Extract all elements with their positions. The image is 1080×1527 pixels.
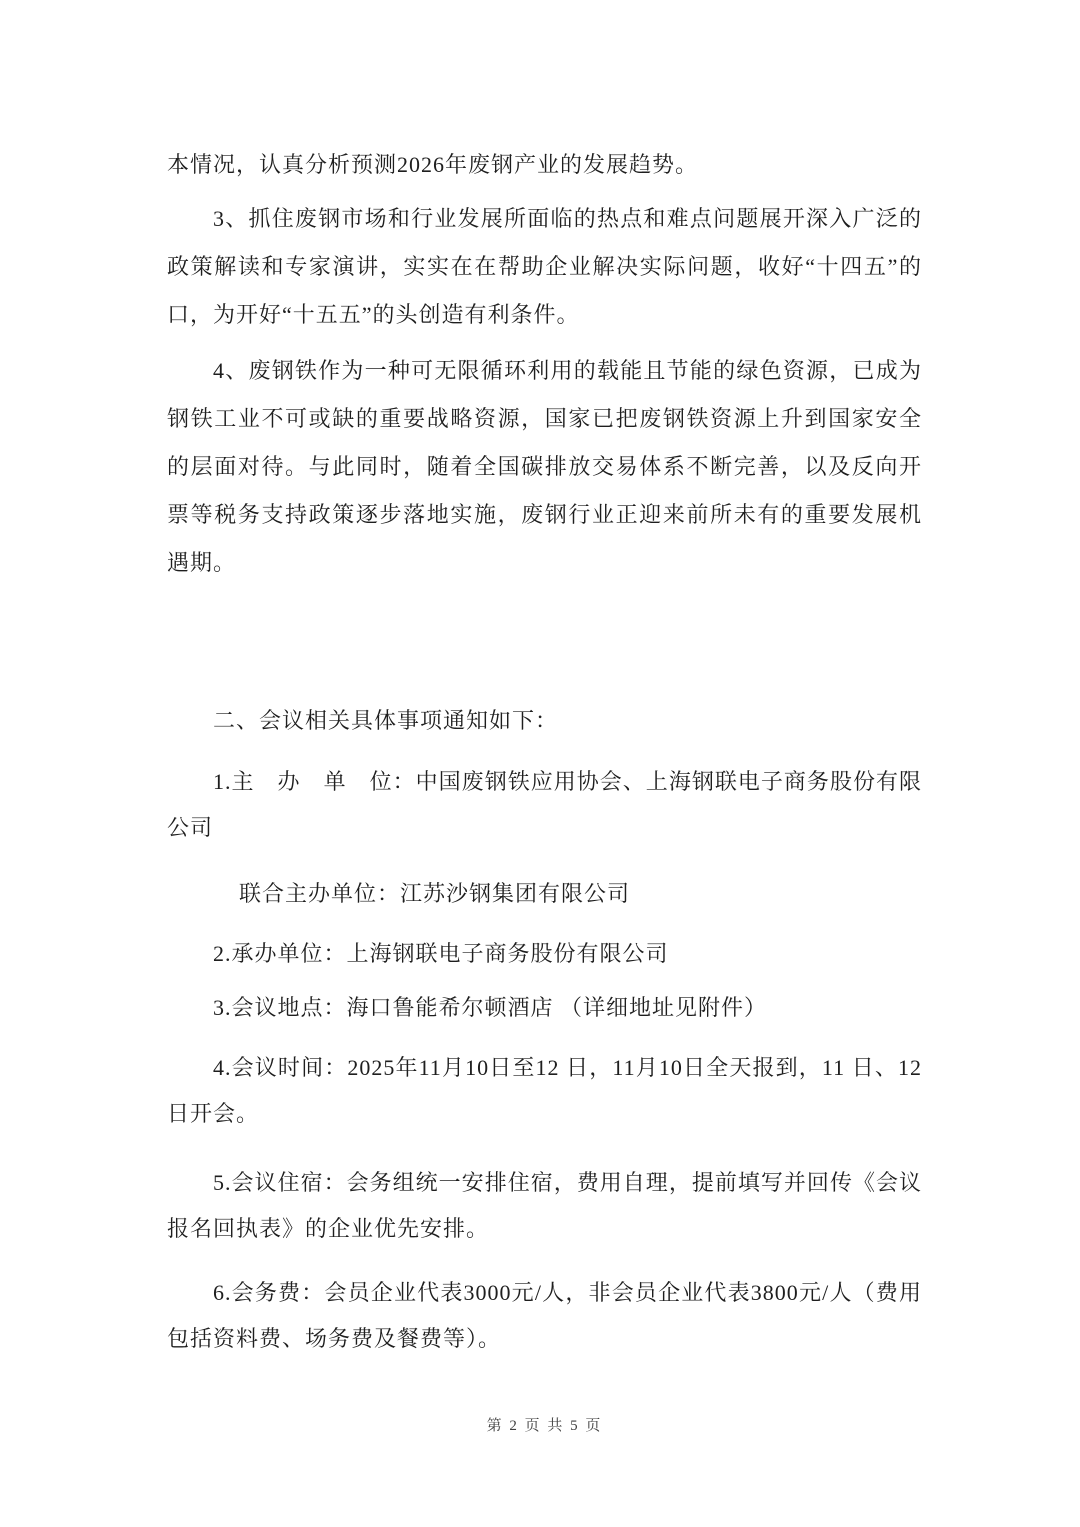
body-paragraph-3: 3、抓住废钢市场和行业发展所面临的热点和难点问题展开深入广泛的政策解读和专家演讲… — [167, 195, 922, 339]
notice-item-joint-organizer: 联合主办单位：江苏沙钢集团有限公司 — [167, 871, 922, 917]
notice-item-fee: 6.会务费：会员企业代表3000元/人，非会员企业代表3800元/人（费用包括资… — [167, 1270, 922, 1362]
document-page: 本情况，认真分析预测2026年废钢产业的发展趋势。 3、抓住废钢市场和行业发展所… — [0, 0, 1080, 1527]
body-paragraph-continuation: 本情况，认真分析预测2026年废钢产业的发展趋势。 — [167, 141, 922, 189]
page-footer: 第 2 页 共 5 页 — [167, 1411, 922, 1441]
notice-item-undertaker: 2.承办单位：上海钢联电子商务股份有限公司 — [167, 931, 922, 977]
notice-item-host-organizer: 1.主 办 单 位：中国废钢铁应用协会、上海钢联电子商务股份有限公司 — [167, 759, 922, 851]
notice-item-accommodation: 5.会议住宿：会务组统一安排住宿，费用自理，提前填写并回传《会议报名回执表》的企… — [167, 1160, 922, 1252]
page-number-text: 第 2 页 共 5 页 — [487, 1418, 603, 1434]
section-heading: 二、会议相关具体事项通知如下： — [167, 697, 922, 745]
notice-item-time: 4.会议时间：2025年11月10日至12 日，11月10日全天报到，11 日、… — [167, 1045, 922, 1137]
notice-item-venue: 3.会议地点：海口鲁能希尔顿酒店 （详细地址见附件） — [167, 985, 922, 1031]
body-paragraph-4: 4、废钢铁作为一种可无限循环利用的载能且节能的绿色资源，已成为钢铁工业不可或缺的… — [167, 347, 922, 587]
